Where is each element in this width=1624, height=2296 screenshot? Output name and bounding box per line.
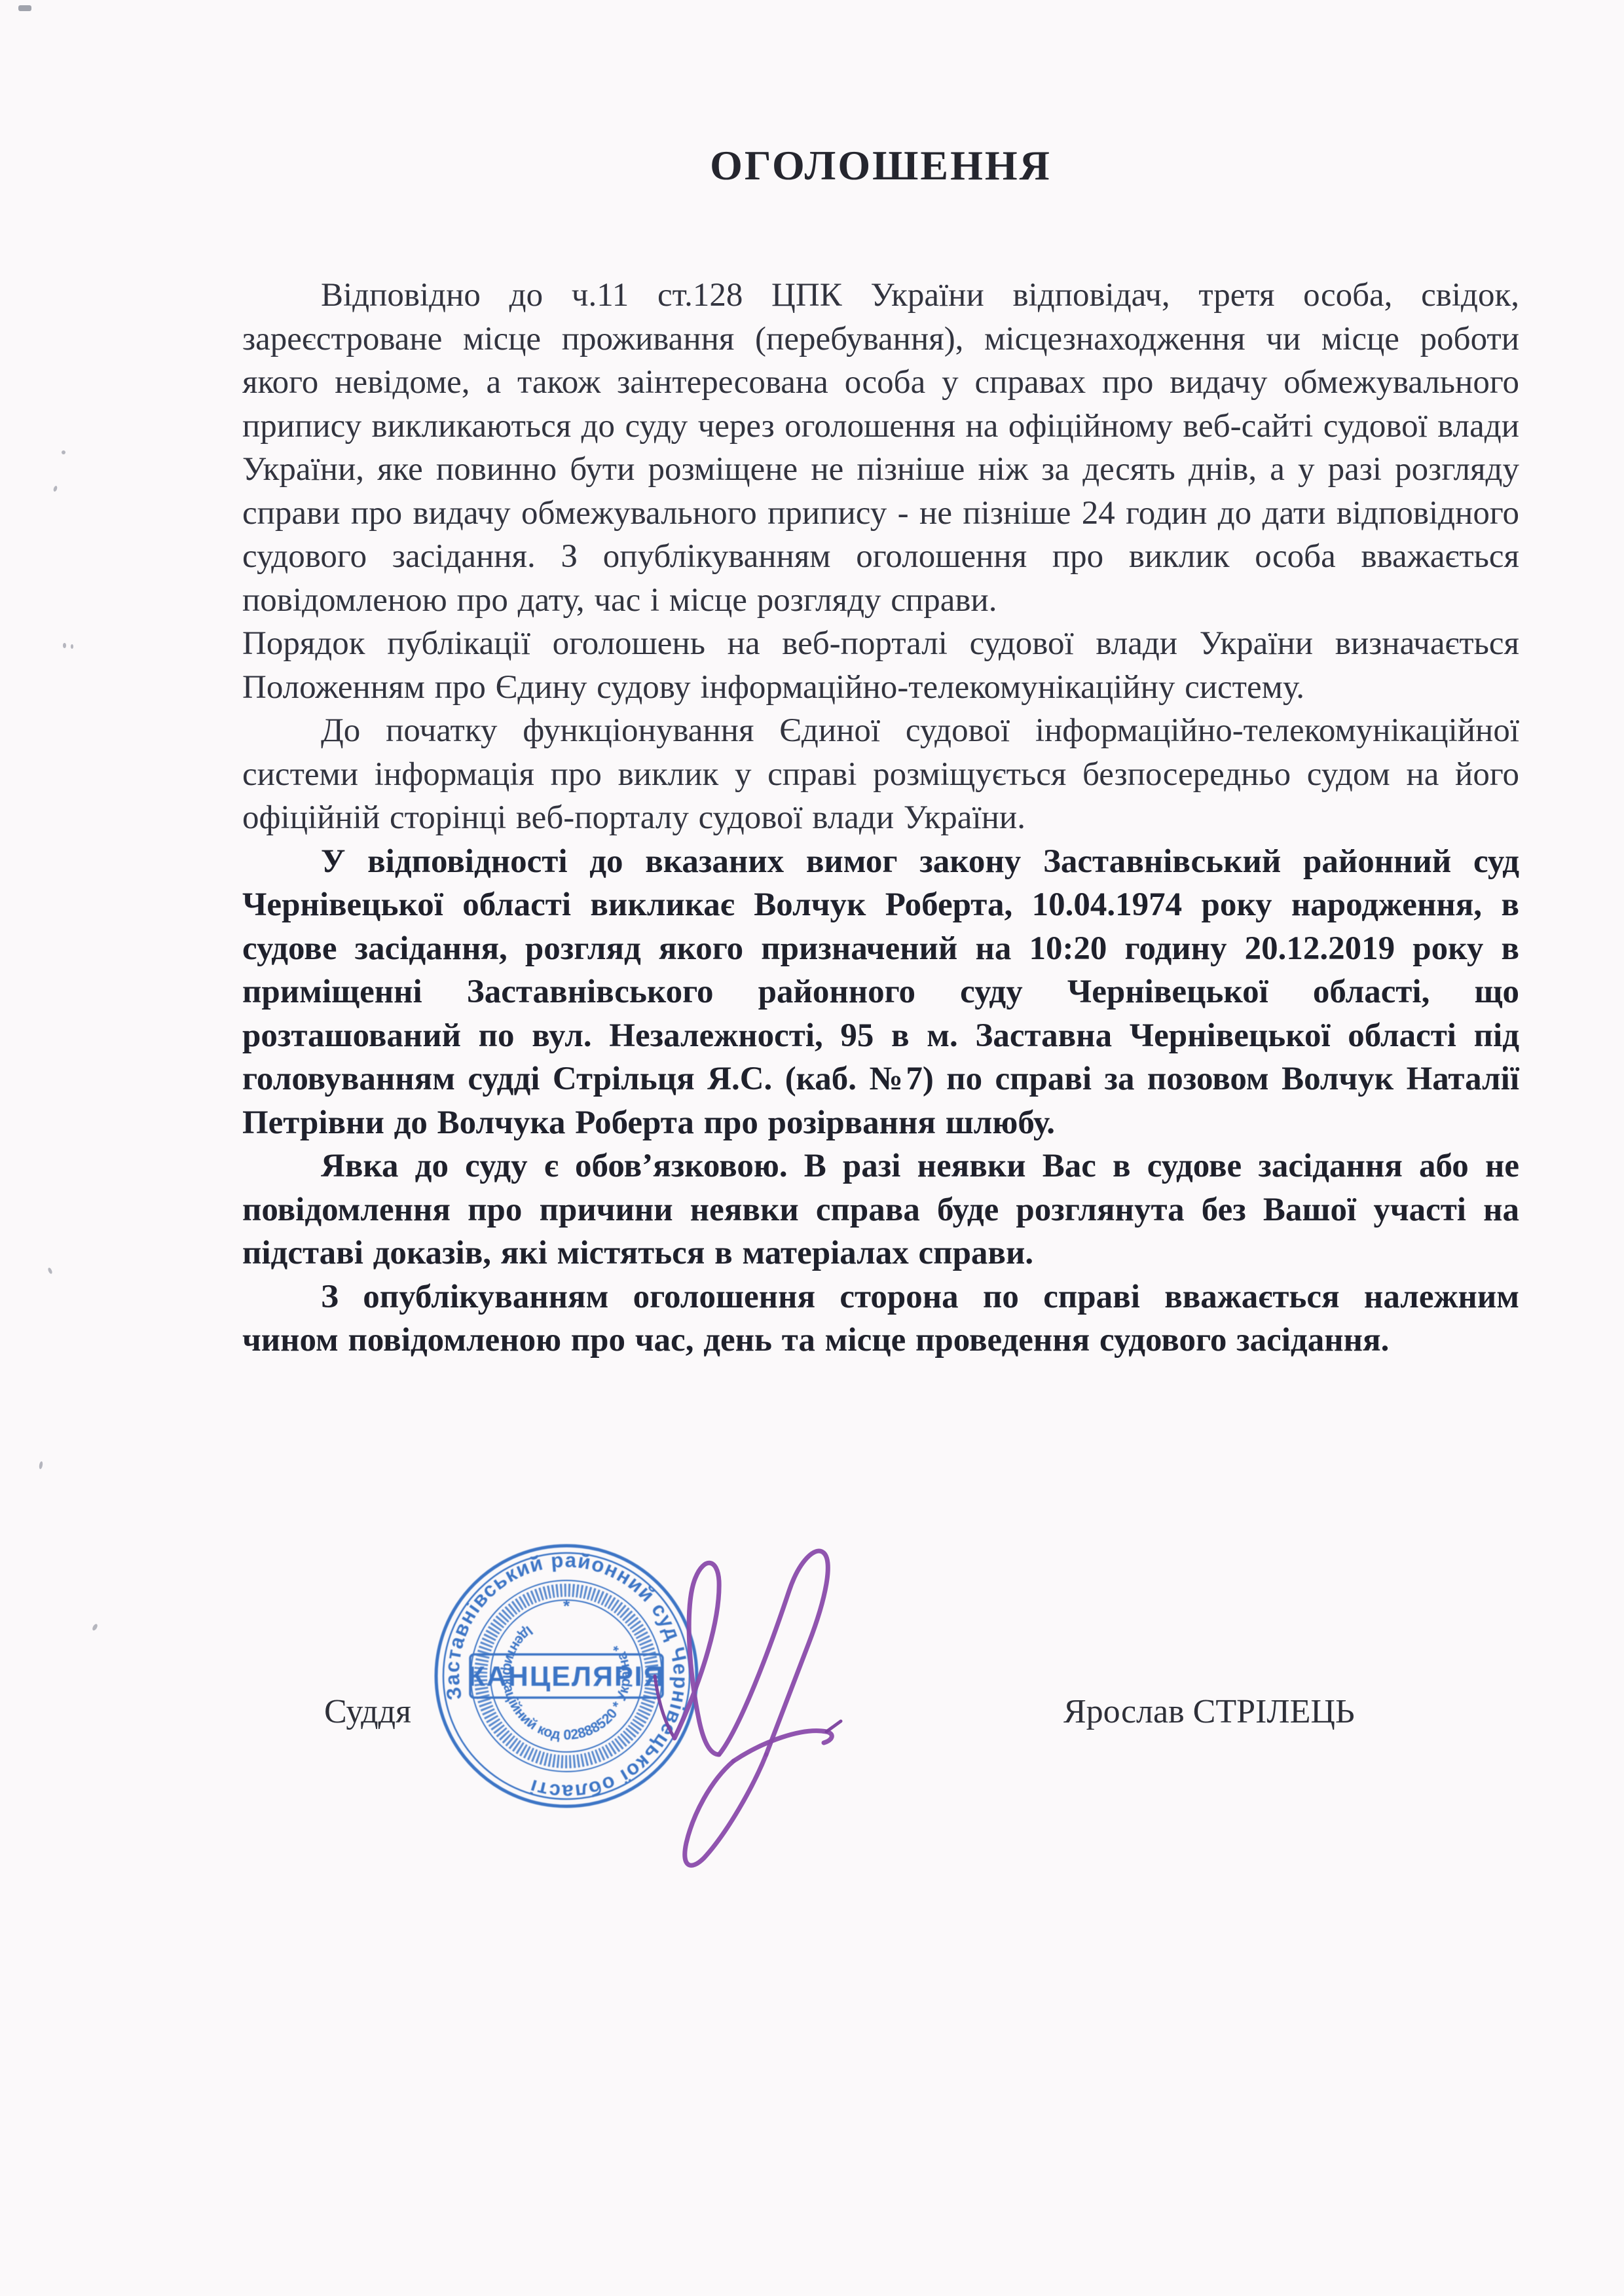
paragraph-publication-order: Порядок публікації оголошень на веб-порт… [242, 622, 1519, 709]
stamp-top-star: * [563, 1596, 570, 1616]
signature-stroke-flick-tip [826, 1721, 841, 1732]
scan-speck [63, 643, 66, 648]
signature-ink [616, 1532, 851, 1872]
paragraph-mandatory-appearance: Явка до суду є обов’язковою. В разі неяв… [242, 1144, 1519, 1275]
signature-stroke-right-loop [719, 1551, 828, 1755]
scan-speck [92, 1623, 99, 1631]
scan-speck [18, 5, 31, 11]
document-body: Відповідно до ч.11 ст.128 ЦПК України ві… [242, 274, 1519, 1362]
paragraph-notification: З опублікуванням оголошення сторона по с… [242, 1275, 1519, 1362]
signature-stroke-flick [733, 1731, 832, 1761]
judge-name: Ярослав СТРІЛЕЦЬ [1063, 1692, 1355, 1731]
signature-stroke-left-loop [674, 1563, 719, 1755]
scan-speck [39, 1461, 43, 1470]
scan-speck [53, 485, 58, 492]
paragraph-legal-basis: Відповідно до ч.11 ст.128 ЦПК України ві… [242, 274, 1519, 622]
judge-role-label: Суддя [324, 1692, 411, 1731]
scan-speck [62, 450, 65, 454]
signature-stroke-tail [685, 1755, 766, 1865]
signature-stroke-start [655, 1676, 674, 1738]
document-title: ОГОЛОШЕННЯ [242, 141, 1519, 190]
scan-speck [47, 1267, 53, 1274]
scanned-document-page: ОГОЛОШЕННЯ Відповідно до ч.11 ст.128 ЦПК… [0, 0, 1624, 2296]
scan-speck [71, 644, 73, 649]
paragraph-interim-procedure: До початку функціонування Єдиної судової… [242, 709, 1519, 840]
paragraph-summons: У відповідності до вказаних вимог закону… [242, 840, 1519, 1145]
